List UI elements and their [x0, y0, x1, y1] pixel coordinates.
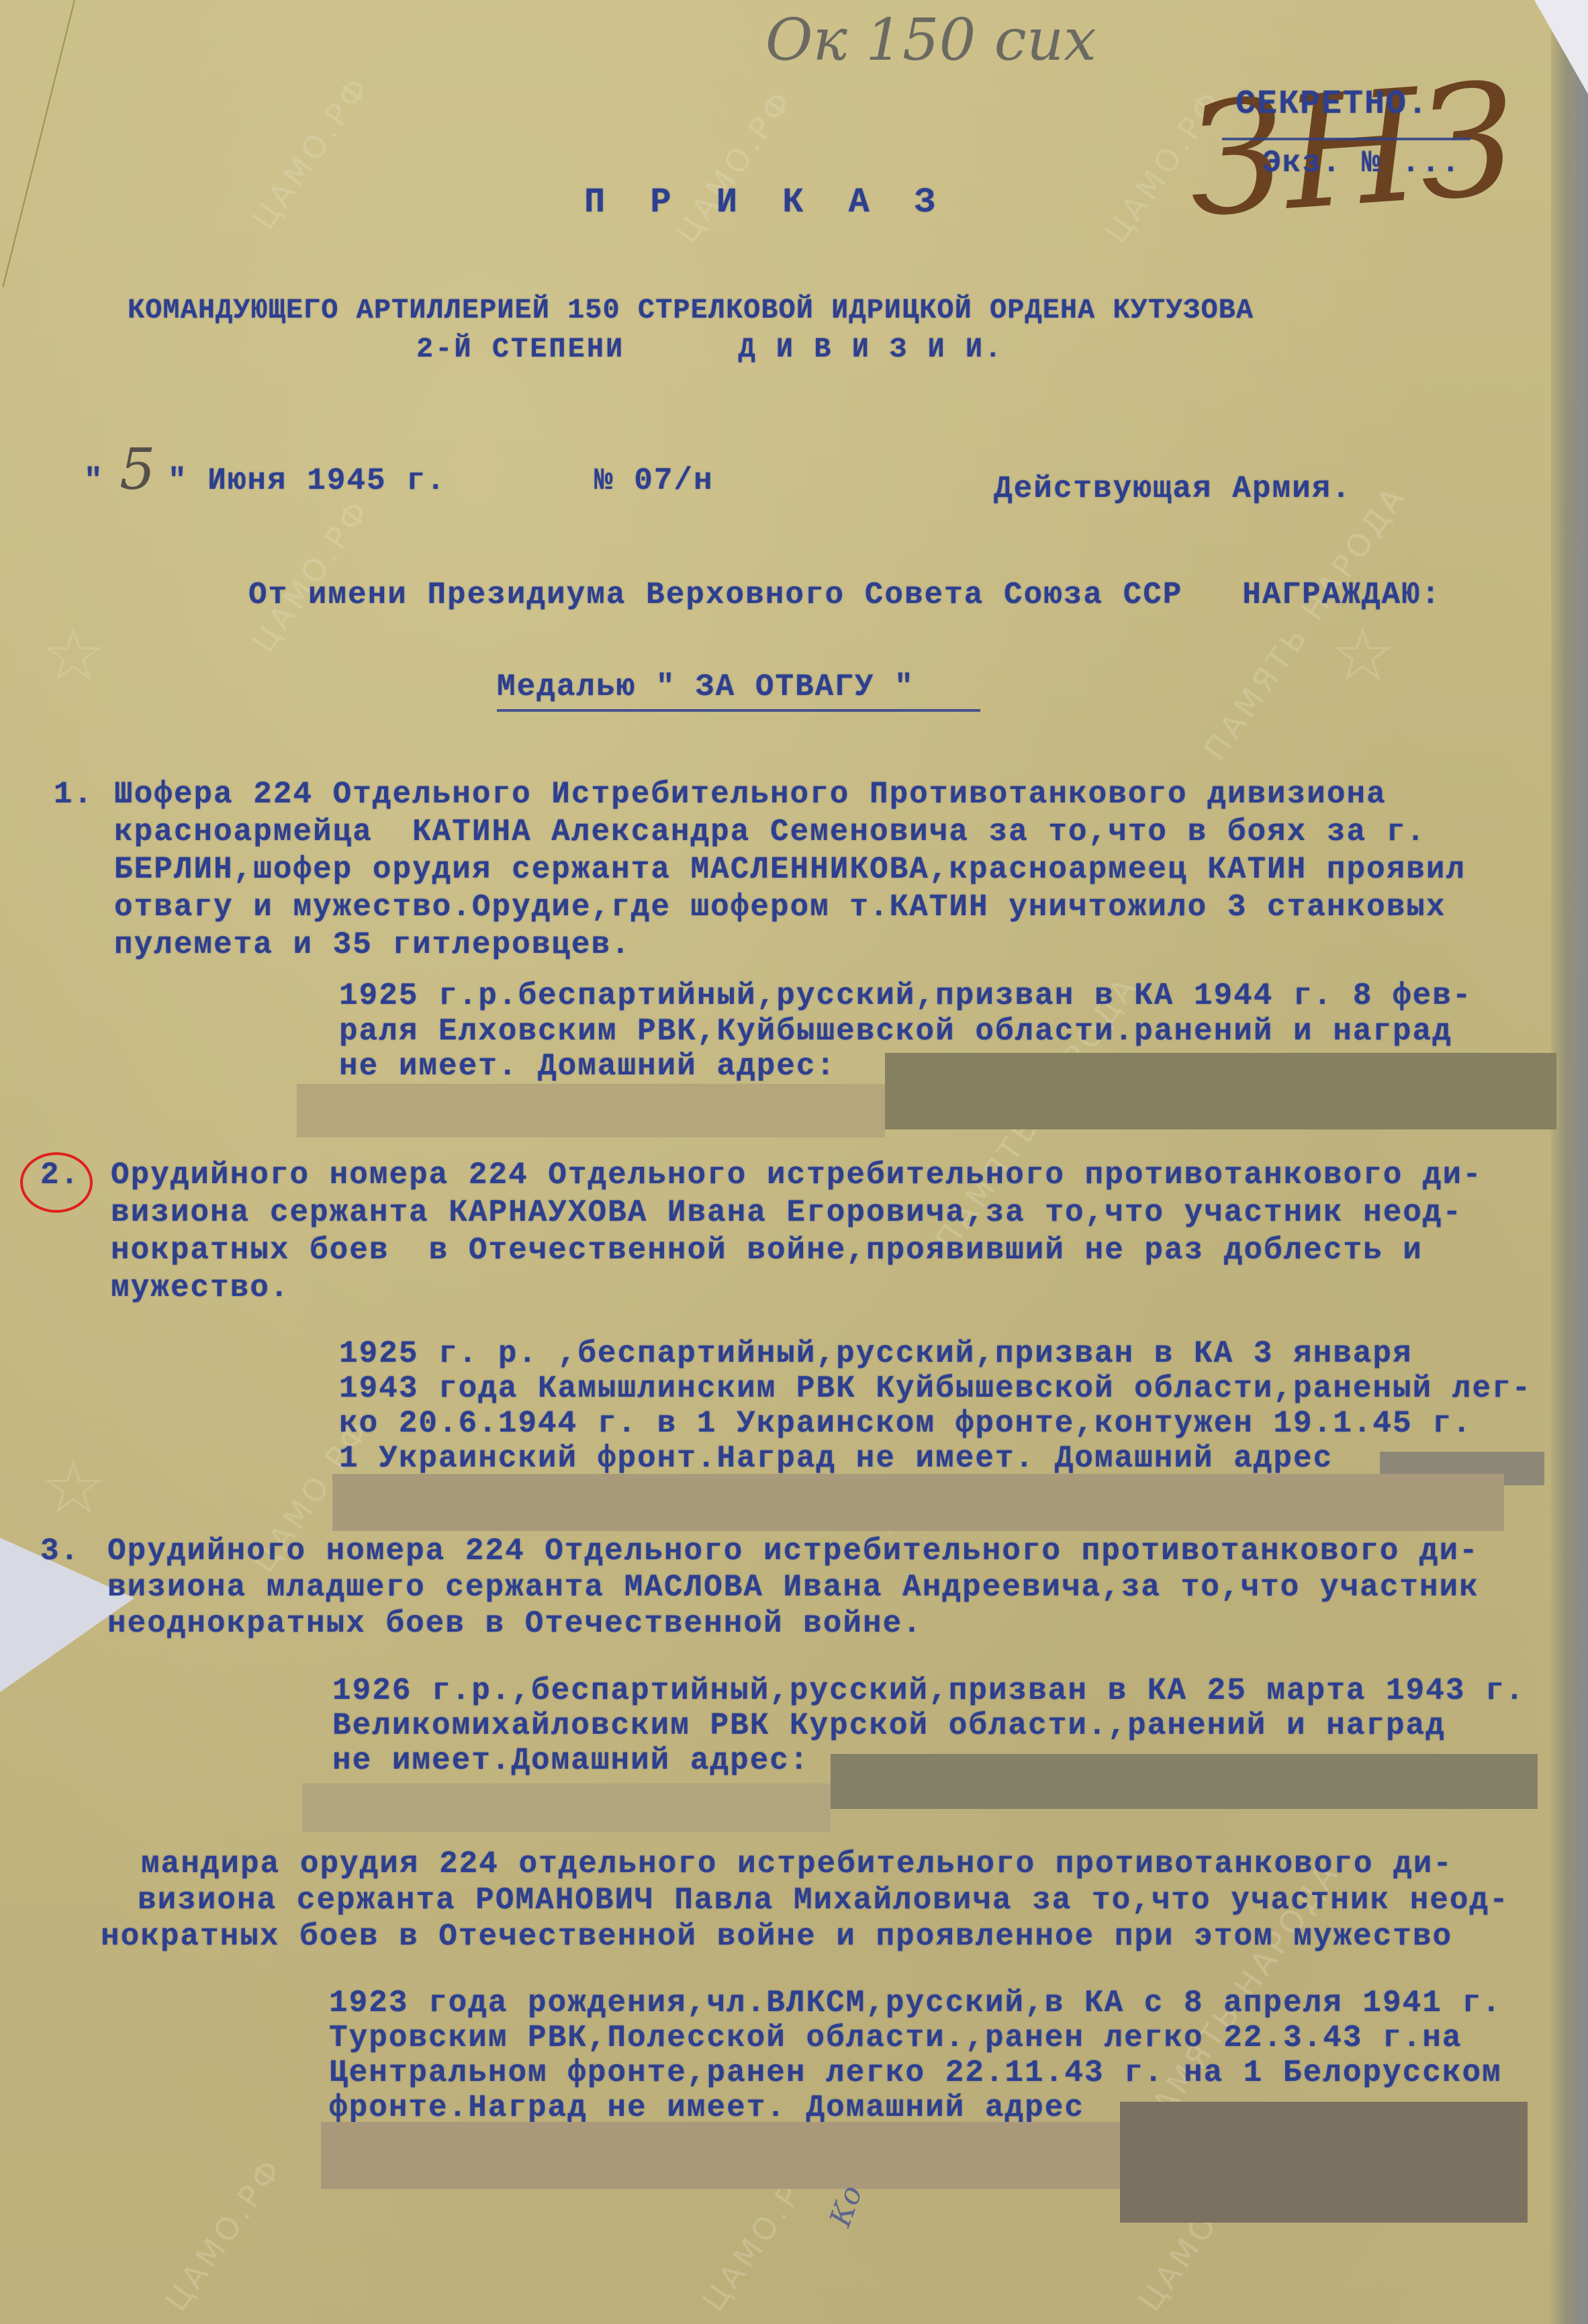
medal-heading: Медалью " ЗА ОТВАГУ " [497, 668, 915, 706]
order-number: № 07/н [594, 463, 714, 498]
item-details-line: фронте.Наград не имеет. Домашний адрес [329, 2089, 1084, 2127]
redacted-address [302, 1783, 831, 1832]
item-text-line: красноармейца КАТИНА Александра Семенови… [114, 813, 1426, 851]
redacted-address [321, 2122, 1120, 2189]
document-subtitle-line1: КОМАНДУЮЩЕГО АРТИЛЛЕРИЕЙ 150 СТРЕЛКОВОЙ … [128, 294, 1254, 326]
item-text-line: Орудийного номера 224 Отдельного истреби… [107, 1532, 1479, 1570]
award-preamble: От имени Президиума Верховного Совета Со… [248, 576, 1441, 614]
item-details-line: не имеет. Домашний адрес: [339, 1048, 836, 1085]
item-text-line: пулемета и 35 гитлеровцев. [114, 926, 631, 964]
item-text-line: мандира орудия 224 отдельного истребител… [141, 1845, 1453, 1883]
item-text-line: отвагу и мужество.Орудие,где шофером т.К… [114, 888, 1446, 926]
redacted-address [831, 1754, 1538, 1809]
item-text-line: мужество. [111, 1269, 289, 1307]
redacted-address [885, 1053, 1556, 1129]
document-title: П Р И К А З [584, 183, 947, 222]
page-edge-shadow [1551, 0, 1588, 2324]
item-text-line: неоднократных боев в Отечественной войне… [107, 1605, 923, 1642]
item-number: 2. [40, 1156, 80, 1194]
item-details-line: 1943 года Камышлинским РВК Куйбышевской … [339, 1370, 1532, 1407]
date-open-quote: " [84, 463, 104, 498]
medal-heading-underline [497, 709, 980, 712]
handwritten-note: Ок 150 сих [765, 7, 1096, 74]
item-text-line: БЕРЛИН,шофер орудия сержанта МАСЛЕННИКОВ… [114, 851, 1466, 888]
item-text-line: Шофера 224 Отдельного Истребительного Пр… [114, 776, 1387, 813]
star-watermark-icon: ☆ [40, 618, 107, 692]
classification-stamp: СЕКРЕТНО. [1235, 86, 1429, 124]
torn-corner [1534, 0, 1588, 94]
item-details-line: Великомихайловским РВК Курской области.,… [332, 1707, 1446, 1745]
redacted-address [332, 1474, 1504, 1531]
item-details-line: 1926 г.р.,беспартийный,русский,призван в… [332, 1672, 1525, 1710]
item-text-line: визиона сержанта РОМАНОВИЧ Павла Михайло… [138, 1881, 1509, 1919]
item-number: 1. [54, 776, 93, 813]
star-watermark-icon: ☆ [40, 1450, 107, 1524]
copy-number: Экз. № ... [1262, 144, 1461, 182]
item-details-line: 1925 г.р.беспартийный,русский,призван в … [339, 977, 1472, 1015]
item-text-line: Орудийного номера 224 Отдельного истреби… [111, 1156, 1483, 1194]
item-details-line: Центральном фронте,ранен легко 22.11.43 … [329, 2054, 1502, 2092]
item-details-line: раля Елховским РВК,Куйбышевской области.… [339, 1013, 1452, 1050]
item-number: 3. [40, 1532, 80, 1570]
item-text-line: визиона младшего сержанта МАСЛОВА Ивана … [107, 1569, 1479, 1606]
order-location: Действующая Армия. [994, 471, 1352, 506]
star-watermark-icon: ☆ [1329, 618, 1396, 692]
item-details-line: 1925 г. р. ,беспартийный,русский,призван… [339, 1335, 1413, 1373]
date-day-handwritten: 5 [120, 436, 155, 502]
redacted-address [1120, 2102, 1528, 2223]
redacted-address [297, 1084, 885, 1137]
item-text-line: нократных боев в Отечественной войне и п… [101, 1918, 1452, 1955]
document-subtitle-line2: 2-Й СТЕПЕНИ Д И В И З И И. [416, 333, 1003, 365]
item-text-line: нократных боев в Отечественной войне,про… [111, 1231, 1423, 1269]
date-month-year: " Июня 1945 г. [168, 463, 446, 498]
classification-underline [1222, 138, 1470, 140]
item-details-line: не имеет.Домашний адрес: [332, 1742, 810, 1779]
item-details-line: Туровским РВК,Полесской области.,ранен л… [329, 2019, 1462, 2057]
item-text-line: визиона сержанта КАРНАУХОВА Ивана Егоров… [111, 1194, 1462, 1231]
item-details-line: 1 Украинский фронт.Наград не имеет. Дома… [339, 1440, 1333, 1477]
item-details-line: 1923 года рождения,чл.ВЛКСМ,русский,в КА… [329, 1984, 1502, 2022]
item-details-line: ко 20.6.1944 г. в 1 Украинском фронте,ко… [339, 1405, 1472, 1442]
